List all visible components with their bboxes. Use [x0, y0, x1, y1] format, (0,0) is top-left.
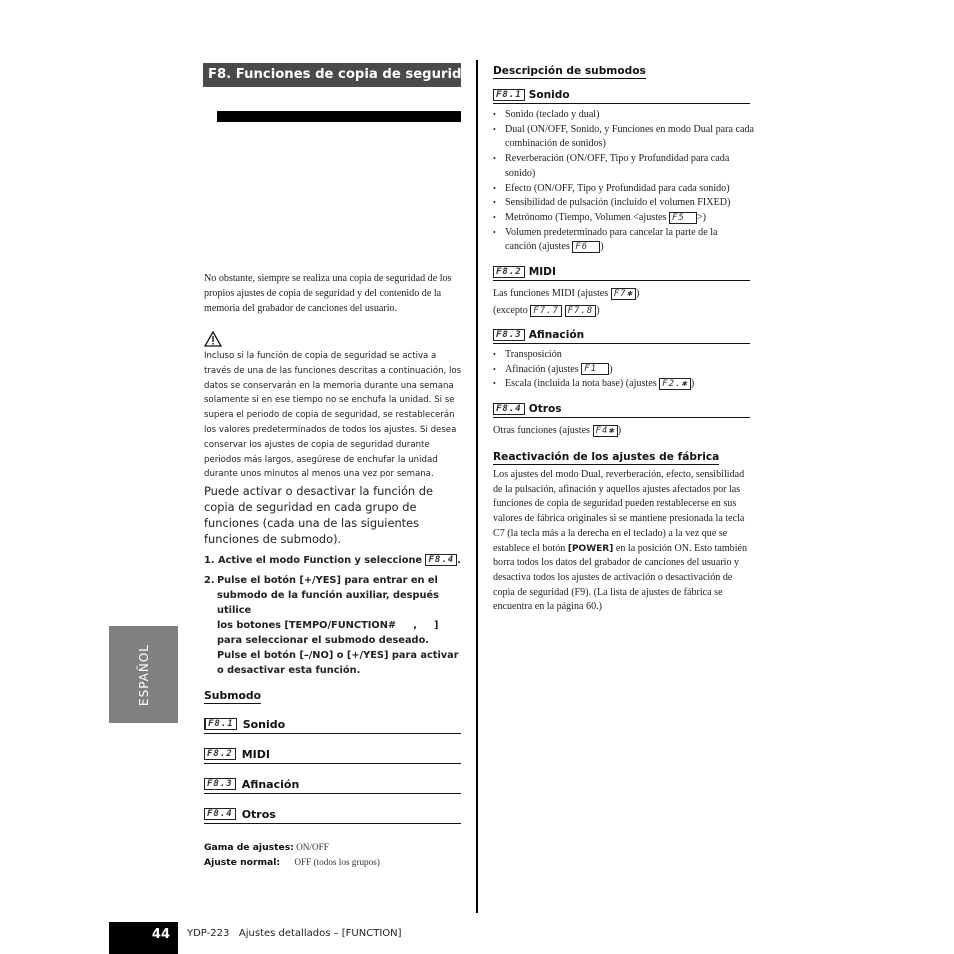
- caution-text: Incluso si la función de copia de seguri…: [204, 349, 462, 482]
- midi-text: (excepto: [493, 305, 528, 316]
- default-value: OFF (todos los grupos): [294, 857, 380, 867]
- lcd-display-icon: F1: [581, 363, 609, 375]
- list-item: Metrónomo (Tiempo, Volumen <ajustes F5>): [493, 211, 755, 226]
- factory-reset-heading: Reactivación de los ajustes de fábrica: [493, 451, 719, 465]
- submode-label: MIDI: [242, 748, 270, 761]
- step-2-line: Pulse el botón [+/YES] para entrar en el: [217, 573, 438, 588]
- list-item: Transposición: [493, 348, 755, 363]
- lcd-display-icon: F8.2: [493, 266, 525, 278]
- default-setting: Ajuste normal: OFF (todos los grupos): [204, 857, 380, 868]
- step-2-line: Pulse el botón [–/NO] o [+/YES] para act…: [204, 648, 466, 663]
- step-1-suffix: .: [457, 555, 461, 566]
- lcd-display-icon: F8.4: [204, 808, 236, 820]
- warning-triangle-icon: [204, 331, 222, 347]
- midi-heading: F8.2 MIDI: [493, 264, 750, 281]
- lcd-display-icon: F8.1: [493, 89, 525, 101]
- lcd-display-icon: F8.1: [204, 718, 237, 730]
- list-item: Afinación (ajustes F1): [493, 363, 755, 378]
- step-2-number: 2.: [204, 573, 217, 588]
- list-item: Sensibilidad de pulsación (incluido el v…: [493, 196, 755, 211]
- submode-row: F8.3 Afinación: [204, 775, 461, 794]
- lcd-display-icon: F7✱: [611, 288, 636, 300]
- step-2-line: para seleccionar el submodo deseado.: [204, 633, 466, 648]
- list-item: Reverberación (ON/OFF, Tipo y Profundida…: [493, 152, 755, 181]
- submode-label: Afinación: [242, 778, 300, 791]
- afinacion-text: Afinación (ajustes: [505, 364, 579, 375]
- lcd-display-icon: F8.2: [204, 748, 236, 760]
- lcd-display-icon: F5: [669, 212, 697, 224]
- midi-suffix: ): [596, 305, 599, 316]
- afinacion-bullet-list: Transposición Afinación (ajustes F1) Esc…: [493, 348, 755, 392]
- submodo-heading: Submodo: [204, 689, 261, 704]
- body-paragraph: Puede activar o desactivar la función de…: [204, 483, 462, 547]
- sonido-label: Sonido: [529, 89, 570, 101]
- power-button-label: [POWER]: [568, 544, 613, 554]
- sonido-bullet-list: Sonido (teclado y dual) Dual (ON/OFF, So…: [493, 108, 755, 255]
- column-divider: [476, 60, 478, 913]
- lcd-display-icon: F7.7: [530, 305, 562, 317]
- submode-description-heading-wrap: Descripción de submodos: [493, 61, 646, 79]
- page-number-box: 44: [109, 922, 178, 954]
- sonido-heading: F8.1 Sonido: [493, 87, 750, 104]
- intro-paragraph: No obstante, siempre se realiza una copi…: [204, 271, 462, 316]
- submode-row: F8.2 MIDI: [204, 745, 461, 764]
- factory-heading-wrap: Reactivación de los ajustes de fábrica: [493, 447, 719, 465]
- metronome-text: Metrónomo (Tiempo, Volumen <ajustes: [505, 212, 666, 223]
- midi-line-2: (excepto F7.7 F7.8): [493, 304, 600, 319]
- lcd-display-icon: F4✱: [593, 425, 618, 437]
- submode-row: F8.1 Sonido: [204, 715, 461, 734]
- submodo-heading-wrap: Submodo: [204, 686, 261, 704]
- otros-label: Otros: [529, 403, 562, 415]
- submode-description-heading: Descripción de submodos: [493, 65, 646, 79]
- step-1-text: Active el modo Function y seleccione: [218, 555, 422, 566]
- step-2-line: los botones [TEMPO/FUNCTION# , ]: [204, 618, 466, 633]
- lcd-display-icon: F8.4: [425, 554, 457, 566]
- lcd-display-icon: F8.4: [493, 403, 525, 415]
- escala-suffix: ): [691, 378, 694, 389]
- factory-text: Los ajustes del modo Dual, reverberación…: [493, 469, 744, 554]
- submode-label: Otros: [242, 808, 276, 821]
- page-number: 44: [152, 927, 170, 942]
- lcd-display-icon: F6: [572, 241, 600, 253]
- submode-label: Sonido: [243, 718, 286, 731]
- afinacion-heading: F8.3 Afinación: [493, 327, 750, 344]
- lcd-display-icon: F8.3: [204, 778, 236, 790]
- volume-text: canción (ajustes: [505, 241, 570, 252]
- afinacion-suffix: ): [609, 364, 612, 375]
- black-bar-divider: [217, 111, 461, 122]
- midi-text: Las funciones MIDI (ajustes: [493, 288, 608, 299]
- range-setting: Gama de ajustes: ON/OFF: [204, 842, 329, 853]
- midi-suffix: ): [636, 288, 639, 299]
- list-item: Volumen predeterminado para cancelar la …: [493, 226, 755, 255]
- volume-suffix: ): [600, 241, 603, 252]
- volume-text: Volumen predeterminado para cancelar la …: [505, 227, 718, 238]
- midi-line-1: Las funciones MIDI (ajustes F7✱): [493, 287, 639, 302]
- range-value: ON/OFF: [296, 842, 329, 852]
- step-2: 2.Pulse el botón [+/YES] para entrar en …: [204, 573, 466, 678]
- list-item: Efecto (ON/OFF, Tipo y Profundidad para …: [493, 182, 755, 197]
- otros-heading: F8.4 Otros: [493, 401, 750, 418]
- lcd-display-icon: F7.8: [565, 305, 597, 317]
- language-tab: ESPAÑOL: [109, 626, 178, 723]
- step-2-line: o desactivar esta función.: [204, 663, 466, 678]
- footer-section: Ajustes detallados – [FUNCTION]: [239, 928, 402, 939]
- list-item: Sonido (teclado y dual): [493, 108, 755, 123]
- midi-label: MIDI: [529, 266, 556, 278]
- metronome-suffix: >): [697, 212, 706, 223]
- range-label: Gama de ajustes:: [204, 842, 294, 853]
- step-1-number: 1.: [204, 555, 215, 566]
- list-item: Dual (ON/OFF, Sonido, y Funciones en mod…: [493, 123, 755, 152]
- afinacion-label: Afinación: [529, 329, 584, 341]
- submode-row: F8.4 Otros: [204, 805, 461, 824]
- footer-model: YDP-223: [187, 928, 229, 939]
- default-label: Ajuste normal:: [204, 857, 280, 868]
- step-1: 1. Active el modo Function y seleccione …: [204, 553, 464, 568]
- factory-reset-paragraph: Los ajustes del modo Dual, reverberación…: [493, 468, 753, 615]
- list-item: Escala (incluida la nota base) (ajustes …: [493, 377, 755, 392]
- lcd-display-icon: F2.✱: [659, 378, 691, 390]
- section-title: F8. Funciones de copia de seguridad: [203, 63, 461, 87]
- footer-text: YDP-223 Ajustes detallados – [FUNCTION]: [187, 928, 402, 939]
- otros-suffix: ): [618, 425, 621, 436]
- step-2-line: submodo de la función auxiliar, después …: [204, 588, 466, 618]
- otros-text: Otras funciones (ajustes F4✱): [493, 424, 621, 439]
- lcd-display-icon: F8.3: [493, 329, 525, 341]
- otros-description: Otras funciones (ajustes: [493, 425, 590, 436]
- escala-text: Escala (incluida la nota base) (ajustes: [505, 378, 657, 389]
- language-label: ESPAÑOL: [137, 644, 151, 706]
